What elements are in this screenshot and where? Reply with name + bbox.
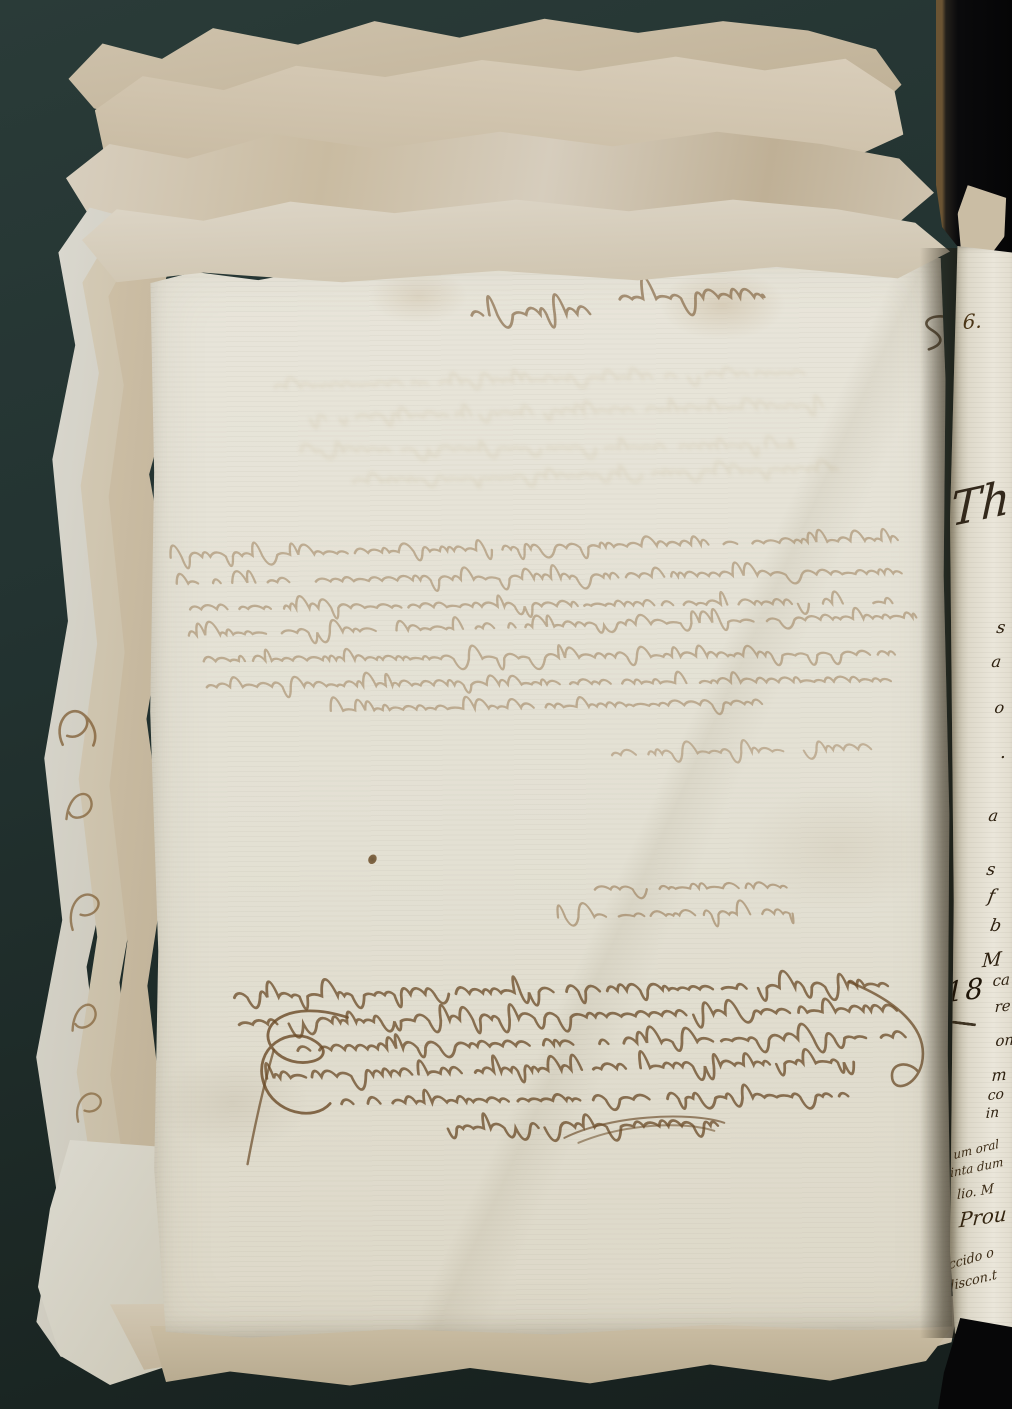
edge-text-fragment: in: [985, 1105, 999, 1123]
edge-text-fragment: Prou: [958, 1201, 1007, 1232]
edge-text-fragment: ca: [992, 970, 1010, 990]
ink-underline-flourish: [560, 1107, 730, 1148]
show-through-ghost-traces: [272, 364, 863, 515]
page-number: 6.: [963, 308, 982, 334]
edge-text-fragment: s: [985, 860, 997, 880]
edge-text-fragment: on: [995, 1030, 1012, 1050]
photograph-stage: 6. Th s a o . a s f b M ca 18 re on m co…: [0, 0, 1012, 1409]
edge-text-fragment: m: [991, 1065, 1007, 1085]
edge-text-fragment: s: [995, 618, 1007, 638]
ink-blot: [366, 853, 378, 866]
show-through-main-paragraph: [168, 530, 940, 735]
edge-text-fragment: f: [986, 886, 996, 907]
edge-text-fragment: a: [990, 652, 1002, 671]
edge-text-fragment: co: [987, 1086, 1004, 1104]
right-page-edge: 6. Th s a o . a s f b M ca 18 re on m co…: [950, 246, 1012, 1338]
left-page: [146, 249, 954, 1343]
edge-text-fragment: a: [987, 806, 999, 825]
edge-text-fragment: o: [993, 698, 1005, 717]
margin-number-underline: [952, 1021, 976, 1027]
ink-paraph-flourish: [243, 995, 359, 1171]
edge-text-fragment: .: [1000, 742, 1006, 763]
show-through-subscription-line: [592, 738, 888, 774]
edge-text-fragment: M: [981, 948, 1002, 972]
margin-ink-fragment: [59, 881, 112, 939]
edge-text-fragment: b: [988, 916, 1002, 936]
margin-ink-fragment: [65, 1081, 112, 1133]
margin-ink-fragment: [60, 988, 110, 1043]
edge-text-fragment: re: [994, 996, 1011, 1016]
show-through-heading: [439, 284, 785, 355]
edge-text-fragment: lio. M: [957, 1181, 994, 1203]
flourish-initial: Th: [950, 469, 1011, 537]
show-through-signatures: [544, 874, 797, 939]
margin-ink-fragment: [48, 698, 106, 758]
